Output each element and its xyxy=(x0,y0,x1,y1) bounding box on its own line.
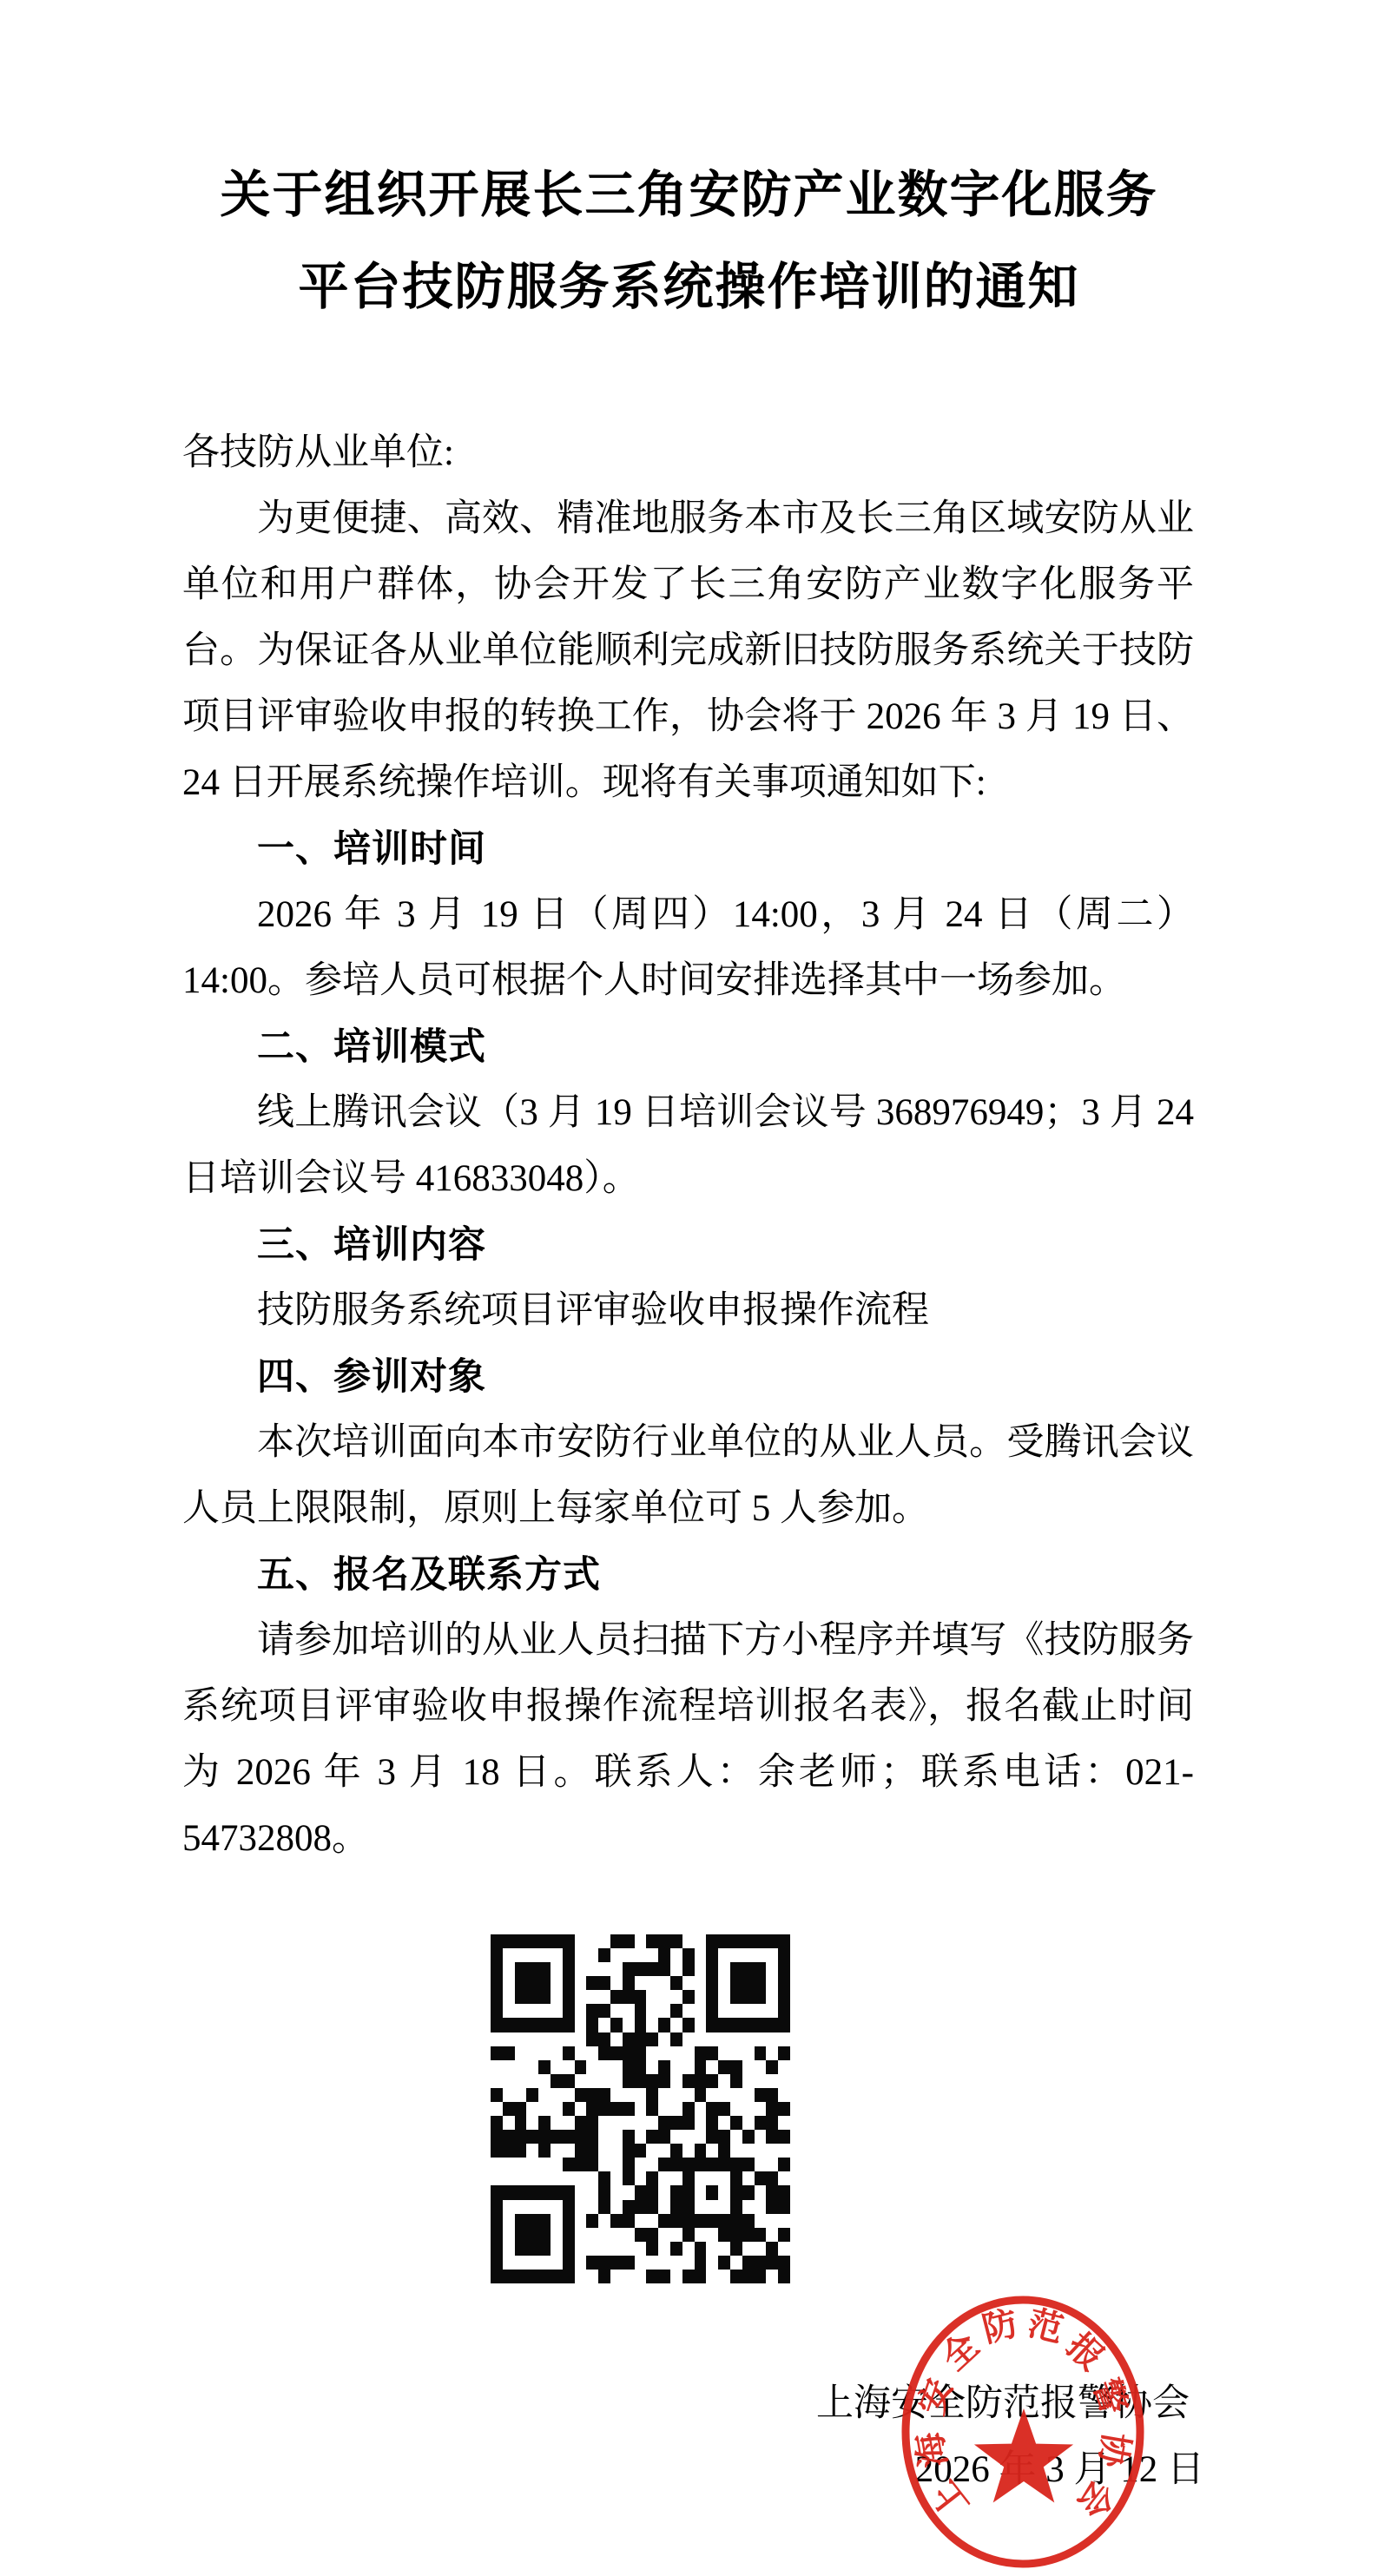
qr-module xyxy=(526,2004,538,2018)
qr-module xyxy=(538,2018,551,2032)
qr-module xyxy=(718,2200,730,2214)
qr-module xyxy=(491,2171,503,2185)
qr-module xyxy=(623,2214,635,2228)
qr-module xyxy=(491,1976,503,1990)
qr-module xyxy=(538,2144,551,2158)
qr-module xyxy=(755,1976,767,1990)
qr-module xyxy=(718,2256,730,2270)
qr-module xyxy=(515,2185,527,2199)
qr-module xyxy=(742,1948,755,1962)
qr-module xyxy=(598,2185,610,2199)
qr-module xyxy=(635,2214,647,2228)
qr-module xyxy=(526,2242,538,2256)
qr-module xyxy=(575,1934,587,1948)
qr-module xyxy=(742,2130,755,2144)
qr-module xyxy=(778,2088,790,2102)
qr-module xyxy=(635,2074,647,2088)
qr-module xyxy=(623,2088,635,2102)
qr-module xyxy=(610,2088,623,2102)
qr-module xyxy=(503,2144,515,2158)
seal-character: 全 xyxy=(934,2326,986,2378)
qr-module xyxy=(598,1948,610,1962)
qr-module xyxy=(682,2046,695,2060)
qr-module xyxy=(755,2018,767,2032)
qr-module xyxy=(742,2200,755,2214)
qr-module xyxy=(718,2074,730,2088)
qr-module xyxy=(695,2032,707,2046)
qr-module xyxy=(503,1976,515,1990)
qr-module xyxy=(563,2256,575,2270)
qr-module xyxy=(503,2228,515,2242)
qr-module xyxy=(778,2270,790,2283)
qr-module xyxy=(526,1934,538,1948)
qr-module xyxy=(586,1990,598,2004)
qr-module xyxy=(515,2158,527,2171)
qr-module xyxy=(742,2228,755,2242)
qr-module xyxy=(755,1948,767,1962)
qr-module xyxy=(563,2171,575,2185)
qr-module xyxy=(682,2228,695,2242)
qr-module xyxy=(730,2032,742,2046)
qr-module xyxy=(563,2060,575,2074)
qr-module xyxy=(695,2200,707,2214)
qr-module xyxy=(695,2130,707,2144)
qr-module xyxy=(730,1934,742,1948)
qr-module xyxy=(730,2018,742,2032)
qr-module xyxy=(635,2185,647,2199)
qr-module xyxy=(515,2242,527,2256)
qr-module xyxy=(635,2256,647,2270)
qr-module xyxy=(598,2088,610,2102)
qr-module xyxy=(586,2200,598,2214)
qr-module xyxy=(766,2102,778,2116)
qr-module xyxy=(706,2171,718,2185)
qr-module xyxy=(635,2242,647,2256)
qr-module xyxy=(610,2116,623,2130)
qr-module xyxy=(718,1976,730,1990)
qr-module xyxy=(658,2228,670,2242)
qr-module xyxy=(575,2018,587,2032)
qr-module xyxy=(682,2060,695,2074)
qr-module xyxy=(526,2228,538,2242)
qr-module xyxy=(670,2228,682,2242)
qr-module xyxy=(766,2144,778,2158)
qr-module xyxy=(682,2144,695,2158)
qr-module xyxy=(646,2185,658,2199)
qr-module xyxy=(515,2200,527,2214)
seal-character: 报 xyxy=(1059,2326,1111,2378)
qr-module xyxy=(503,1962,515,1976)
qr-module xyxy=(526,2270,538,2283)
qr-module xyxy=(706,1962,718,1976)
qr-module xyxy=(598,2116,610,2130)
qr-module xyxy=(695,1976,707,1990)
qr-module xyxy=(755,2144,767,2158)
qr-module xyxy=(658,2032,670,2046)
qr-module xyxy=(563,2185,575,2199)
qr-module xyxy=(491,2185,503,2199)
qr-module xyxy=(610,2032,623,2046)
qr-module xyxy=(586,2130,598,2144)
qr-module xyxy=(515,1990,527,2004)
qr-module xyxy=(575,2144,587,2158)
qr-module xyxy=(682,2004,695,2018)
qr-module xyxy=(646,2074,658,2088)
qr-module xyxy=(778,2032,790,2046)
qr-module xyxy=(695,2171,707,2185)
qr-module xyxy=(491,2018,503,2032)
qr-module xyxy=(586,2171,598,2185)
qr-module xyxy=(695,2004,707,2018)
qr-module xyxy=(586,2018,598,2032)
qr-module xyxy=(515,2018,527,2032)
qr-module xyxy=(635,2144,647,2158)
qr-module xyxy=(586,2032,598,2046)
qr-module xyxy=(682,1990,695,2004)
qr-module xyxy=(730,1990,742,2004)
qr-module xyxy=(730,2242,742,2256)
qr-module xyxy=(755,2256,767,2270)
qr-module xyxy=(538,2158,551,2171)
qr-module xyxy=(598,2060,610,2074)
qr-module xyxy=(586,1962,598,1976)
qr-module xyxy=(538,2060,551,2074)
qr-module xyxy=(586,2185,598,2199)
qr-module xyxy=(526,2144,538,2158)
qr-module xyxy=(526,2185,538,2199)
signature-block: 上海安全防范报警协会 2026 年 3 月 12 日 xyxy=(816,2371,1204,2503)
qr-module xyxy=(646,1934,658,1948)
qr-module xyxy=(730,2130,742,2144)
qr-module xyxy=(623,2200,635,2214)
qr-module xyxy=(695,1962,707,1976)
qr-module xyxy=(575,2116,587,2130)
qr-module xyxy=(538,2004,551,2018)
qr-module xyxy=(730,2116,742,2130)
qr-module xyxy=(551,1976,563,1990)
qr-module xyxy=(551,2074,563,2088)
qr-module xyxy=(766,2018,778,2032)
qr-module xyxy=(670,2158,682,2171)
qr-module xyxy=(778,2214,790,2228)
qr-module xyxy=(623,2158,635,2171)
qr-module xyxy=(670,1990,682,2004)
qr-module xyxy=(646,2130,658,2144)
qr-module xyxy=(682,1976,695,1990)
qr-module xyxy=(742,1962,755,1976)
qr-module xyxy=(586,2004,598,2018)
qr-module xyxy=(670,2046,682,2060)
qr-module xyxy=(491,2102,503,2116)
qr-module xyxy=(610,2144,623,2158)
qr-module xyxy=(610,2171,623,2185)
qr-module xyxy=(706,2200,718,2214)
qr-module xyxy=(503,2060,515,2074)
qr-module xyxy=(755,2158,767,2171)
qr-module xyxy=(635,1990,647,2004)
qr-module xyxy=(538,2102,551,2116)
qr-module xyxy=(766,1976,778,1990)
body-paragraph: 为更便捷、高效、精准地服务本市及长三角区域安防从业单位和用户群体，协会开发了长三… xyxy=(182,486,1194,816)
qr-module xyxy=(551,1934,563,1948)
qr-module xyxy=(610,2185,623,2199)
qr-module xyxy=(526,2074,538,2088)
qr-module xyxy=(491,2004,503,2018)
seal-character: 防 xyxy=(979,2303,1022,2349)
qr-module xyxy=(778,2046,790,2060)
qr-module xyxy=(635,2228,647,2242)
seal-character: 范 xyxy=(1024,2303,1067,2349)
qr-module xyxy=(718,2102,730,2116)
qr-module xyxy=(538,1976,551,1990)
qr-module xyxy=(503,2256,515,2270)
qr-module xyxy=(718,2116,730,2130)
qr-module xyxy=(766,1934,778,1948)
qr-module xyxy=(575,1976,587,1990)
qr-module xyxy=(635,1962,647,1976)
qr-module xyxy=(551,1962,563,1976)
qr-module xyxy=(682,2242,695,2256)
qr-module xyxy=(551,2018,563,2032)
qr-module xyxy=(755,2228,767,2242)
qr-module xyxy=(515,2046,527,2060)
qr-module xyxy=(610,2074,623,2088)
qr-module xyxy=(658,2270,670,2283)
qr-module xyxy=(778,2130,790,2144)
qr-module xyxy=(718,2046,730,2060)
qr-module xyxy=(695,2144,707,2158)
qr-module xyxy=(682,2116,695,2130)
qr-module xyxy=(695,2185,707,2199)
qr-module xyxy=(682,1948,695,1962)
qr-module xyxy=(563,2074,575,2088)
qr-module xyxy=(766,1948,778,1962)
qr-module xyxy=(598,2242,610,2256)
qr-module xyxy=(646,1990,658,2004)
qr-module xyxy=(538,2116,551,2130)
qr-module xyxy=(755,1962,767,1976)
qr-module xyxy=(515,1934,527,1948)
qr-module xyxy=(491,2046,503,2060)
qr-module xyxy=(658,2116,670,2130)
qr-module xyxy=(742,2242,755,2256)
qr-module xyxy=(778,2158,790,2171)
qr-module xyxy=(635,2130,647,2144)
qr-module xyxy=(515,2214,527,2228)
qr-module xyxy=(730,2185,742,2199)
qr-module xyxy=(598,2256,610,2270)
qr-module xyxy=(586,2158,598,2171)
qr-module xyxy=(778,2074,790,2088)
qr-module xyxy=(575,2102,587,2116)
qr-module xyxy=(515,2144,527,2158)
qr-module xyxy=(598,2144,610,2158)
qr-module xyxy=(515,1948,527,1962)
qr-module xyxy=(742,2158,755,2171)
qr-module xyxy=(670,2214,682,2228)
qr-module xyxy=(598,2004,610,2018)
qr-module xyxy=(515,2228,527,2242)
qr-module xyxy=(598,2074,610,2088)
qr-module xyxy=(646,1962,658,1976)
qr-module xyxy=(695,2256,707,2270)
qr-module xyxy=(563,1934,575,1948)
qr-module xyxy=(598,2046,610,2060)
qr-module xyxy=(610,2046,623,2060)
qr-module xyxy=(515,2270,527,2283)
qr-module xyxy=(563,2200,575,2214)
body-paragraph: 技防服务系统项目评审验收申报操作流程 xyxy=(182,1278,1194,1344)
qr-module xyxy=(623,1948,635,1962)
qr-module xyxy=(670,1948,682,1962)
qr-module xyxy=(670,2102,682,2116)
qr-module xyxy=(766,2214,778,2228)
qr-module xyxy=(646,2116,658,2130)
qr-module xyxy=(598,2130,610,2144)
qr-module xyxy=(658,2171,670,2185)
qr-module xyxy=(563,2116,575,2130)
qr-module xyxy=(670,2171,682,2185)
qr-module xyxy=(491,2214,503,2228)
qr-module xyxy=(586,2256,598,2270)
qr-module xyxy=(575,2004,587,2018)
qr-module xyxy=(635,2004,647,2018)
qr-module xyxy=(695,2270,707,2283)
qr-module xyxy=(598,2018,610,2032)
qr-module xyxy=(575,2214,587,2228)
qr-module xyxy=(742,2185,755,2199)
qr-module xyxy=(586,2102,598,2116)
qr-module xyxy=(515,1976,527,1990)
qr-module xyxy=(695,2046,707,2060)
qr-module xyxy=(706,2242,718,2256)
qr-module xyxy=(623,2270,635,2283)
qr-module xyxy=(730,2074,742,2088)
qr-module xyxy=(766,2158,778,2171)
qr-module xyxy=(766,2171,778,2185)
qr-module xyxy=(670,2088,682,2102)
qr-module xyxy=(503,2214,515,2228)
qr-module xyxy=(695,1948,707,1962)
qr-module xyxy=(718,2060,730,2074)
qr-module xyxy=(526,2032,538,2046)
qr-module xyxy=(503,2032,515,2046)
qr-module xyxy=(551,2200,563,2214)
qr-module xyxy=(766,2046,778,2060)
qr-module xyxy=(610,2060,623,2074)
qr-module xyxy=(538,1948,551,1962)
qr-module xyxy=(635,1948,647,1962)
qr-module xyxy=(503,1934,515,1948)
qr-module xyxy=(682,2185,695,2199)
qr-module xyxy=(766,2088,778,2102)
qr-module xyxy=(551,1990,563,2004)
qr-module xyxy=(575,1962,587,1976)
qr-module xyxy=(563,1948,575,1962)
qr-module xyxy=(755,2060,767,2074)
qr-module xyxy=(491,2116,503,2130)
qr-module xyxy=(623,2116,635,2130)
qr-module xyxy=(718,2088,730,2102)
qr-module xyxy=(623,2242,635,2256)
qr-module xyxy=(538,1990,551,2004)
qr-module xyxy=(635,2088,647,2102)
qr-module xyxy=(491,1934,503,1948)
qr-module xyxy=(706,2158,718,2171)
qr-module xyxy=(658,1976,670,1990)
qr-module xyxy=(503,2116,515,2130)
qr-module xyxy=(742,2074,755,2088)
qr-module xyxy=(778,2018,790,2032)
qr-module xyxy=(503,2130,515,2144)
qr-module xyxy=(551,2116,563,2130)
qr-module xyxy=(598,2214,610,2228)
qr-module xyxy=(635,2158,647,2171)
qr-module xyxy=(755,2004,767,2018)
qr-module xyxy=(658,2242,670,2256)
qr-module xyxy=(778,1990,790,2004)
qr-module xyxy=(563,2242,575,2256)
qr-module xyxy=(551,2060,563,2074)
qr-module xyxy=(610,2256,623,2270)
qr-module xyxy=(575,2060,587,2074)
qr-module xyxy=(658,1934,670,1948)
qr-module xyxy=(575,2256,587,2270)
qr-module xyxy=(575,2158,587,2171)
qr-module xyxy=(658,2074,670,2088)
qr-module xyxy=(575,2130,587,2144)
qr-module xyxy=(551,2270,563,2283)
qr-module xyxy=(635,2200,647,2214)
qr-module xyxy=(586,1948,598,1962)
qr-module xyxy=(695,2060,707,2074)
qr-module xyxy=(610,2102,623,2116)
qr-module xyxy=(503,2004,515,2018)
qr-module xyxy=(742,2144,755,2158)
section-heading: 一、培训时间 xyxy=(182,816,1194,882)
qr-module xyxy=(670,2144,682,2158)
qr-module xyxy=(695,2102,707,2116)
qr-module xyxy=(695,2116,707,2130)
qr-module xyxy=(682,2130,695,2144)
qr-module xyxy=(778,2256,790,2270)
qr-module xyxy=(766,2228,778,2242)
section-heading: 二、培训模式 xyxy=(182,1014,1194,1080)
qr-module xyxy=(635,2032,647,2046)
qr-module xyxy=(742,2116,755,2130)
qr-module xyxy=(706,2116,718,2130)
qr-module xyxy=(551,2158,563,2171)
qr-module xyxy=(538,2270,551,2283)
qr-module xyxy=(718,2270,730,2283)
qr-module xyxy=(646,2200,658,2214)
qr-module xyxy=(551,2130,563,2144)
qr-module xyxy=(586,2144,598,2158)
qr-module xyxy=(503,2018,515,2032)
qr-module xyxy=(623,1976,635,1990)
qr-module xyxy=(515,2102,527,2116)
qr-module xyxy=(706,2270,718,2283)
qr-module xyxy=(503,2171,515,2185)
qr-module xyxy=(706,2144,718,2158)
qr-module xyxy=(742,2256,755,2270)
qr-module xyxy=(623,2185,635,2199)
qr-module xyxy=(586,2060,598,2074)
qr-module xyxy=(718,2228,730,2242)
qr-module xyxy=(766,2116,778,2130)
qr-module xyxy=(635,2018,647,2032)
notice-document-page: 关于组织开展长三角安防产业数字化服务 平台技防服务系统操作培训的通知 各技防从业… xyxy=(0,0,1378,2576)
